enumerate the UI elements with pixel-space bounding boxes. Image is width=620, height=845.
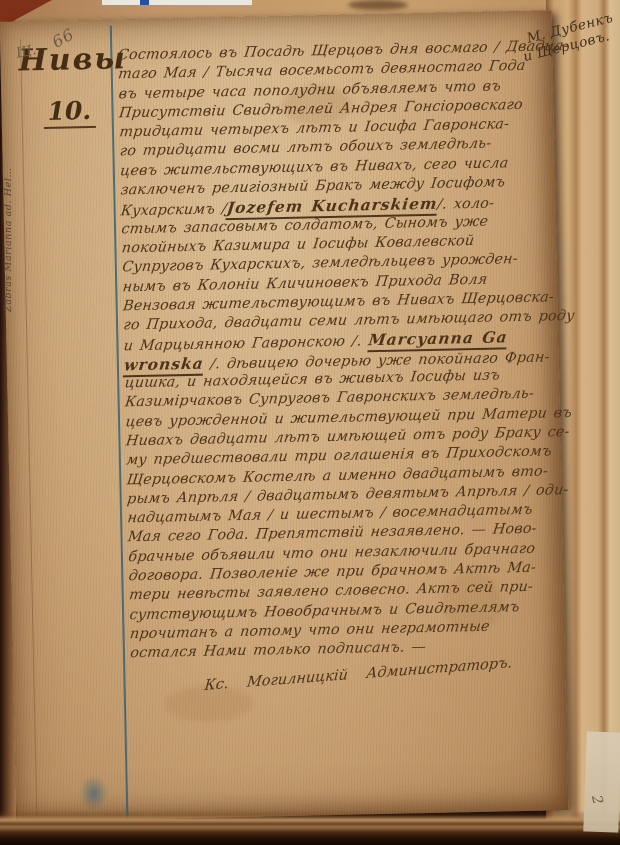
page-crease — [20, 39, 37, 819]
page-edge-tape: 2 — [583, 731, 620, 832]
act-text: Состоялось въ Посадѣ Щерцовъ дня восмаго… — [116, 37, 565, 663]
page-stack-bottom — [0, 810, 620, 845]
edge-annotation: Zabras Marianna ad. Hel… — [3, 167, 14, 312]
stain-top — [348, 0, 408, 10]
act-number: 10. — [43, 96, 95, 129]
blue-tab-dot — [140, 0, 149, 5]
photo-edge-artifact — [102, 0, 252, 5]
corner-mark: 2 — [588, 794, 606, 806]
archive-photo: М. Дубенкъ и Щерцовъ. 66 Нивы 10. Состоя… — [0, 0, 620, 845]
ink-smudge — [79, 775, 108, 812]
register-page: 66 Нивы 10. Состоялось въ Посадѣ Щерцовъ… — [0, 10, 568, 821]
